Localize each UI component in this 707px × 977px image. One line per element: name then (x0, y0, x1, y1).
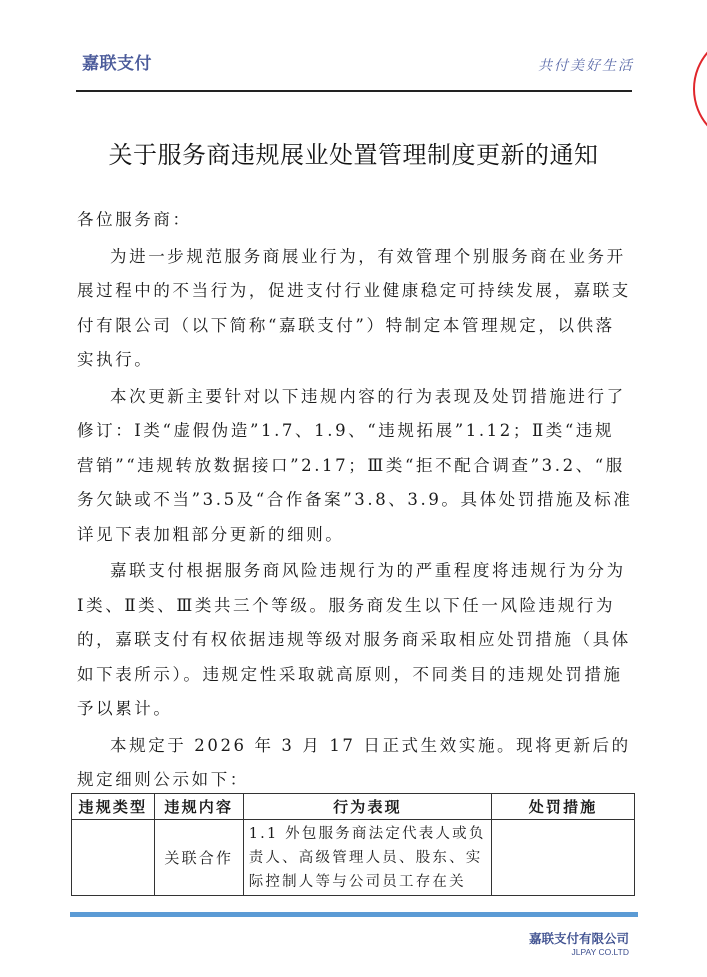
notice-title: 关于服务商违规展业处置管理制度更新的通知 (0, 135, 707, 170)
header-behavior: 行为表现 (243, 794, 492, 820)
header-violation-content: 违规内容 (154, 794, 243, 820)
violation-rules-table: 违规类型 违规内容 行为表现 处罚措施 关联合作 1.1 外包服务商法定代表人或… (71, 793, 635, 896)
salutation: 各位服务商： (77, 203, 633, 238)
paragraph-purpose: 为进一步规范服务商展业行为，有效管理个别服务商在业务开展过程中的不当行为，促进支… (77, 240, 633, 378)
company-logo: 嘉联支付 (82, 49, 152, 74)
cell-violation-content: 关联合作 (154, 820, 243, 896)
footer-company-name: 嘉联支付有限公司 (529, 929, 629, 947)
paragraph-revisions: 本次更新主要针对以下违规内容的行为表现及处罚措施进行了修订：Ⅰ类“虚假伪造”1.… (77, 380, 633, 553)
table-header-row: 违规类型 违规内容 行为表现 处罚措施 (72, 794, 635, 820)
paragraph-effective-date: 本规定于 2026 年 3 月 17 日正式生效实施。现将更新后的规定细则公示如… (77, 729, 633, 798)
footer-company-english: JLPAY CO.LTD (572, 947, 629, 957)
cell-behavior: 1.1 外包服务商法定代表人或负责人、高级管理人员、股东、实际控制人等与公司员工… (243, 820, 492, 896)
header-divider (76, 90, 632, 92)
notice-body: 各位服务商： 为进一步规范服务商展业行为，有效管理个别服务商在业务开展过程中的不… (77, 203, 633, 798)
cell-violation-type (72, 820, 155, 896)
red-seal-stamp (693, 32, 707, 146)
footer-divider (70, 912, 638, 917)
table-row: 关联合作 1.1 外包服务商法定代表人或负责人、高级管理人员、股东、实际控制人等… (72, 820, 635, 896)
header-penalty: 处罚措施 (492, 794, 635, 820)
header-violation-type: 违规类型 (72, 794, 155, 820)
paragraph-classification: 嘉联支付根据服务商风险违规行为的严重程度将违规行为分为Ⅰ类、Ⅱ类、Ⅲ类共三个等级… (77, 554, 633, 727)
cell-penalty (492, 820, 635, 896)
company-slogan: 共付美好生活 (538, 55, 634, 75)
